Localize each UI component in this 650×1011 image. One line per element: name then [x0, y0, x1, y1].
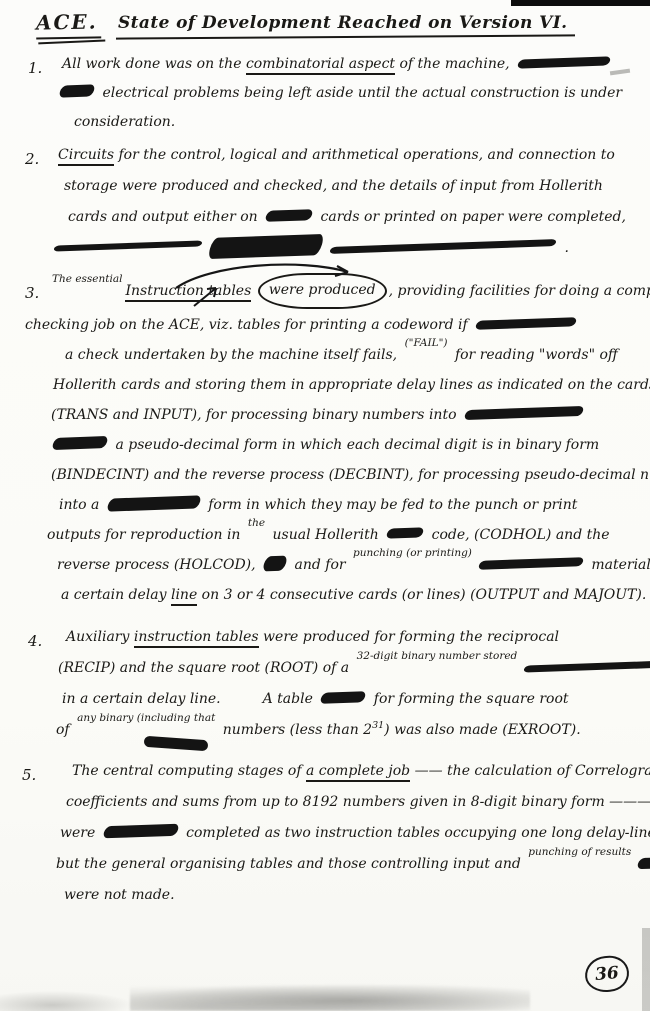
- page-title: State of Development Reached on Version …: [118, 13, 567, 37]
- text-segment: All work done was on the: [62, 56, 246, 72]
- page-number-badge: 36: [584, 954, 631, 994]
- crossed-out-scribble: [517, 56, 612, 68]
- crossed-out-scribble: [386, 527, 425, 538]
- text-line: Auxiliary instruction tables were produc…: [66, 622, 650, 653]
- crossed-out-scribble: [106, 495, 202, 511]
- text-line: of any binary (including that numbers (l…: [56, 715, 650, 747]
- text-segment: code, (CODHOL) and the: [427, 527, 609, 543]
- text-segment: were produced for forming the reciprocal: [259, 629, 559, 645]
- inserted-text: any binary (including that: [77, 713, 215, 723]
- inserted-text: punching of results: [528, 847, 631, 857]
- text-segment: completed as two instruction tables occu…: [182, 825, 650, 841]
- item-number: 5.: [22, 760, 36, 791]
- circled-text: were produced: [258, 273, 387, 309]
- underlined-text: Instruction tables: [125, 283, 251, 302]
- text-segment: for reading "words" off: [451, 347, 618, 363]
- text-line: in a certain delay line.A table for form…: [62, 684, 650, 715]
- text-segment: —— the calculation of Correlogram: [410, 763, 650, 779]
- crossed-out-scribble: [265, 209, 314, 222]
- text-line: storage were produced and checked, and t…: [64, 171, 626, 202]
- manuscript-item: 5.The central computing stages of a comp…: [22, 756, 650, 911]
- item-number: 2.: [25, 144, 39, 175]
- text-segment: cards and output either on: [68, 209, 262, 225]
- text-segment: and for: [290, 557, 350, 573]
- text-segment: into a: [59, 497, 104, 513]
- text-segment: A table: [263, 691, 318, 707]
- text-segment: a certain delay: [61, 587, 171, 603]
- text-line: reverse process (HOLCOD), and for punchi…: [57, 550, 650, 580]
- text-line: a certain delay line on 3 or 4 consecuti…: [61, 580, 650, 610]
- item-text: The essentialInstruction tables were pro…: [55, 274, 650, 610]
- crossed-out-scribble: [51, 436, 108, 450]
- text-line: checking job on the ACE, viz. tables for…: [25, 310, 650, 340]
- crossed-out-scribble: [207, 233, 325, 258]
- text-segment: a pseudo-decimal form in which each deci…: [111, 437, 599, 453]
- manuscript-page: ACE. State of Development Reached on Ver…: [0, 0, 650, 1011]
- text-line: (TRANS and INPUT), for processing binary…: [51, 400, 650, 430]
- manuscript-item: 1.All work done was on the combinatorial…: [28, 50, 622, 137]
- superscript-text: 31: [372, 720, 384, 731]
- scan-smudge: [0, 991, 132, 1011]
- text-line: into a form in which they may be fed to …: [59, 490, 650, 520]
- underlined-text: instruction tables: [134, 629, 259, 648]
- text-segment: The central computing stages of: [72, 763, 306, 779]
- text-line: outputs for reproduction in the usual Ho…: [47, 520, 650, 550]
- crossed-out-scribble: [478, 557, 585, 570]
- item-text: All work done was on the combinatorial a…: [62, 50, 622, 137]
- text-segment: ) was also made (EXROOT).: [384, 722, 580, 738]
- underlined-text: a complete job: [306, 763, 410, 782]
- text-segment: (RECIP) and the square root (ROOT) of a: [58, 660, 354, 676]
- text-segment: reverse process (HOLCOD),: [57, 557, 260, 573]
- underlined-text: line: [171, 587, 197, 606]
- text-line: but the general organising tables and th…: [56, 849, 650, 880]
- item-text: The central computing stages of a comple…: [58, 756, 650, 911]
- scan-smudge: [130, 985, 530, 1011]
- text-segment: numbers (less than 2: [218, 722, 372, 738]
- text-segment: form in which they may be fed to the pun…: [204, 497, 578, 513]
- text-line: (BINDECINT) and the reverse process (DEC…: [51, 460, 650, 490]
- inserted-text: the: [248, 518, 265, 528]
- text-line: a pseudo-decimal form in which each deci…: [49, 430, 650, 460]
- text-line: a check undertaken by the machine itself…: [65, 340, 650, 370]
- inserted-text: The essential: [52, 274, 122, 284]
- inserted-text: 32-digit binary number stored: [357, 651, 518, 661]
- text-segment: were: [60, 825, 100, 841]
- text-line: All work done was on the combinatorial a…: [62, 50, 622, 79]
- heading-label: ACE.: [36, 9, 101, 39]
- text-segment: outputs for reproduction in: [47, 527, 245, 543]
- text-segment: checking job on the ACE, viz. tables for…: [25, 317, 472, 333]
- crossed-out-scribble: [523, 660, 650, 672]
- text-line: Hollerith cards and storing them in appr…: [53, 370, 650, 400]
- text-line: .: [50, 233, 626, 264]
- scan-edge-streak: [642, 928, 650, 1011]
- crossed-out-scribble: [475, 317, 578, 330]
- manuscript-item: 2.Circuits for the control, logical and …: [25, 140, 626, 264]
- text-segment: usual Hollerith: [268, 527, 383, 543]
- text-segment: electrical problems being left aside unt…: [98, 85, 622, 101]
- text-segment: (TRANS and INPUT), for processing binary…: [51, 407, 461, 423]
- text-segment: for the control, logical and arithmetica…: [114, 147, 615, 163]
- crossed-out-scribble: [53, 240, 203, 251]
- text-segment: , providing facilities for doing a compl…: [389, 283, 650, 299]
- text-line: The essentialInstruction tables were pro…: [49, 274, 650, 310]
- item-number: 1.: [28, 54, 42, 83]
- crossed-out-scribble: [262, 555, 288, 571]
- manuscript-item: 3.The essentialInstruction tables were p…: [25, 274, 650, 610]
- text-segment: but the general organising tables and th…: [56, 856, 525, 872]
- inserted-text: ("FAIL"): [405, 338, 448, 348]
- crossed-out-scribble: [320, 691, 367, 704]
- inserted-text: punching (or printing): [353, 548, 472, 558]
- text-segment: coefficients and sums from up to 8192 nu…: [66, 794, 650, 810]
- text-line: (RECIP) and the square root (ROOT) of a …: [58, 653, 650, 684]
- text-segment: consideration.: [74, 114, 175, 130]
- text-segment: (BINDECINT) and the reverse process (DEC…: [51, 467, 650, 483]
- underlined-text: combinatorial aspect: [246, 56, 395, 75]
- text-segment: a check undertaken by the machine itself…: [65, 347, 402, 363]
- text-segment: of: [56, 722, 74, 738]
- underlined-text: Circuits: [58, 147, 114, 166]
- crossed-out-scribble: [637, 855, 650, 868]
- manuscript-item: 4.Auxiliary instruction tables were prod…: [28, 622, 650, 747]
- crossed-out-scribble: [329, 239, 557, 254]
- text-line: Circuits for the control, logical and ar…: [58, 140, 626, 171]
- page-number: 36: [594, 963, 619, 985]
- text-segment: storage were produced and checked, and t…: [64, 178, 603, 194]
- item-text: Circuits for the control, logical and ar…: [58, 140, 626, 264]
- text-segment: .: [560, 240, 569, 256]
- text-line: cards and output either on cards or prin…: [68, 202, 626, 233]
- crossed-out-scribble: [58, 84, 95, 97]
- text-segment: Hollerith cards and storing them in appr…: [53, 377, 650, 393]
- item-text: Auxiliary instruction tables were produc…: [62, 622, 650, 747]
- text-line: were completed as two instruction tables…: [60, 818, 650, 849]
- text-segment: were not made.: [64, 887, 175, 903]
- text-segment: Auxiliary: [66, 629, 134, 645]
- text-segment: [251, 283, 255, 299]
- text-segment: of the machine,: [395, 56, 514, 72]
- document-heading: ACE.: [36, 10, 101, 39]
- text-line: electrical problems being left aside unt…: [56, 79, 622, 108]
- text-segment: on 3 or 4 consecutive cards (or lines) (…: [197, 587, 646, 603]
- item-number: 4.: [28, 626, 42, 657]
- text-line: were not made.: [64, 880, 650, 911]
- text-segment: cards or printed on paper were completed…: [316, 209, 626, 225]
- scan-artifact-bar: [511, 0, 650, 6]
- text-segment: in a certain delay line.: [62, 691, 221, 707]
- crossed-out-scribble: [102, 824, 179, 839]
- text-line: coefficients and sums from up to 8192 nu…: [66, 787, 650, 818]
- crossed-out-scribble: [464, 406, 585, 420]
- text-line: consideration.: [74, 108, 622, 137]
- text-segment: for forming the square root: [369, 691, 568, 707]
- text-line: The central computing stages of a comple…: [72, 756, 650, 787]
- item-number: 3.: [25, 278, 39, 308]
- text-segment: material stored in: [587, 557, 650, 573]
